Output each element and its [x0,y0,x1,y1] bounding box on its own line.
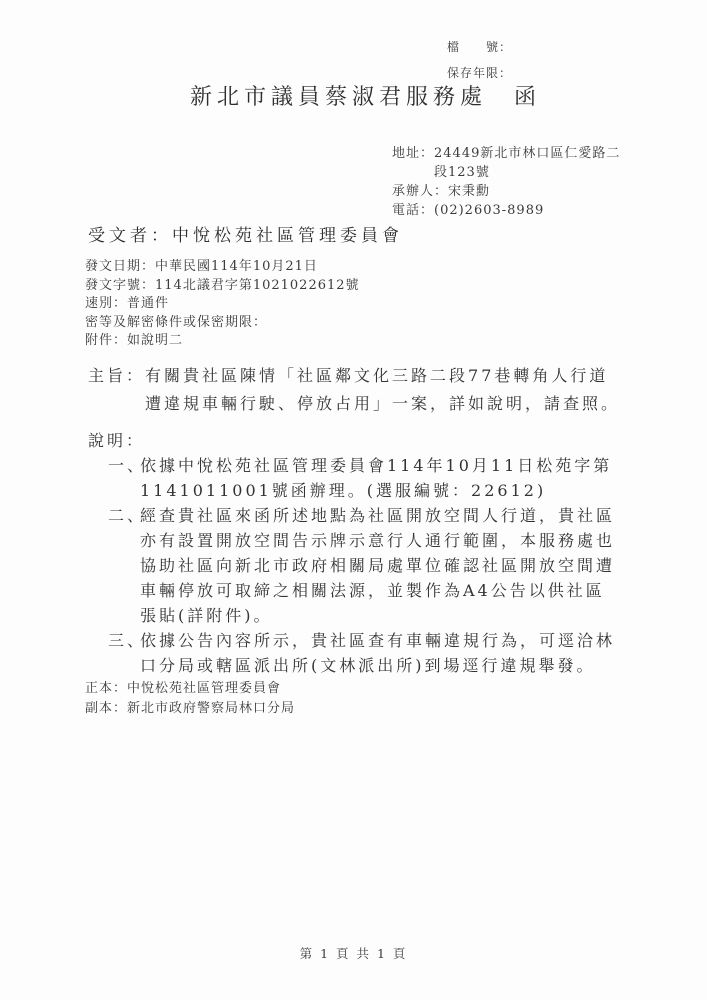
file-number-label: 檔 號： [447,34,512,60]
issue-date-line: 發文日期：中華民國114年10月21日 [85,258,360,277]
file-number-block: 檔 號： 保存年限： [447,34,512,86]
item-number: 三、 [108,628,140,678]
item-number: 二、 [108,503,140,628]
sender-contact-line: 承辦人：宋秉勳 [392,182,624,201]
description-item-1: 一、 依據中悅松苑社區管理委員會114年10月11日松苑字第1141011001… [108,453,620,503]
copies-block: 正本：中悅松苑社區管理委員會 副本：新北市政府警察局林口分局 [85,679,295,719]
sender-address-row: 地址： 24449新北市林口區仁愛路二段123號 [392,144,624,182]
subject-text: 有關貴社區陳情「社區鄰文化三路二段77巷轉角人行道遭違規車輛行駛、停放占用」一案… [145,362,622,418]
cc-copy-line: 副本：新北市政府警察局林口分局 [85,699,295,719]
page-footer: 第 1 頁 共 1 頁 [0,944,707,962]
subject-label: 主旨： [88,362,145,418]
item-number: 一、 [108,453,140,503]
description-item-2: 二、 經查貴社區來函所述地點為社區開放空間人行道，貴社區亦有設置開放空間告示牌示… [108,503,620,628]
subject-section: 主旨： 有關貴社區陳情「社區鄰文化三路二段77巷轉角人行道遭違規車輛行駛、停放占… [88,362,622,418]
item-text: 依據中悅松苑社區管理委員會114年10月11日松苑字第1141011001號函辦… [140,453,620,503]
recipient-line: 受文者：中悅松苑社區管理委員會 [88,221,403,246]
speed-class-line: 速別：普通件 [85,295,360,314]
doc-number-line: 發文字號：114北議君字第1021022612號 [85,277,360,296]
sender-phone-line: 電話：(02)2603-8989 [392,201,624,220]
sender-address-label: 地址： [392,144,434,182]
security-class-line: 密等及解密條件或保密期限： [85,314,360,333]
attachment-line: 附件：如說明二 [85,332,360,351]
document-meta-block: 發文日期：中華民國114年10月21日 發文字號：114北議君字第1021022… [85,258,360,351]
description-label: 說明： [88,428,620,453]
official-letter-page: 檔 號： 保存年限： 新北市議員蔡淑君服務處 函 地址： 24449新北市林口區… [0,0,707,1000]
item-text: 依據公告內容所示，貴社區查有車輛違規行為，可逕洽林口分局或轄區派出所(文林派出所… [140,628,620,678]
original-copy-line: 正本：中悅松苑社區管理委員會 [85,679,295,699]
sender-address-value: 24449新北市林口區仁愛路二段123號 [434,144,624,182]
sender-info-block: 地址： 24449新北市林口區仁愛路二段123號 承辦人：宋秉勳 電話：(02)… [392,144,624,220]
item-text: 經查貴社區來函所述地點為社區開放空間人行道，貴社區亦有設置開放空間告示牌示意行人… [140,503,620,628]
description-item-3: 三、 依據公告內容所示，貴社區查有車輛違規行為，可逕洽林口分局或轄區派出所(文林… [108,628,620,678]
description-section: 說明： 一、 依據中悅松苑社區管理委員會114年10月11日松苑字第114101… [88,428,620,678]
description-items: 一、 依據中悅松苑社區管理委員會114年10月11日松苑字第1141011001… [88,453,620,678]
document-title: 新北市議員蔡淑君服務處 函 [190,80,541,111]
